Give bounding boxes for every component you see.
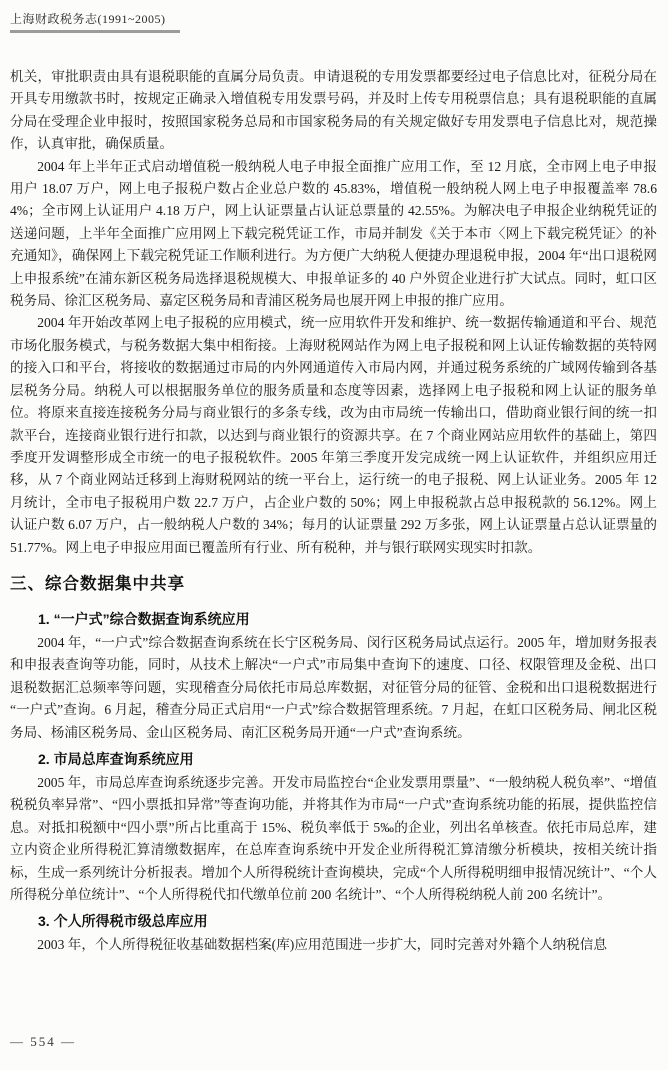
paragraph-continued: 机关，审批职责由具有退税职能的直属分局负责。申请退税的专用发票都要经过电子信息比… xyxy=(10,66,657,156)
paragraph: 2004 年，“一户式”综合数据查询系统在长宁区税务局、闵行区税务局试点运行。2… xyxy=(10,632,657,744)
sub-heading-2: 2. 市局总库查询系统应用 xyxy=(10,749,657,769)
paragraph: 2004 年开始改革网上电子报税的应用模式，统一应用软件开发和维护、统一数据传输… xyxy=(10,312,657,558)
paragraph: 2005 年，市局总库查询系统逐步完善。开发市局监控台“企业发票用票量”、“一般… xyxy=(10,772,657,906)
paragraph: 2003 年，个人所得税征收基础数据档案(库)应用范围进一步扩大，同时完善对外籍… xyxy=(10,934,657,956)
page-footer: — 554 — xyxy=(10,1034,76,1050)
running-header-title: 上海财政税务志(1991~2005) xyxy=(10,12,657,27)
paragraph: 2004 年上半年正式启动增值税一般纳税人电子申报全面推广应用工作，至 12 月… xyxy=(10,156,657,313)
header-rule xyxy=(10,30,180,33)
sub-heading-1: 1. “一户式”综合数据查询系统应用 xyxy=(10,609,657,629)
sub-heading-3: 3. 个人所得税市级总库应用 xyxy=(10,911,657,931)
page-number: — 554 — xyxy=(10,1034,76,1049)
book-page: 上海财政税务志(1991~2005) 机关，审批职责由具有退税职能的直属分局负责… xyxy=(0,0,668,1070)
running-header: 上海财政税务志(1991~2005) xyxy=(10,12,657,33)
page-body: 机关，审批职责由具有退税职能的直属分局负责。申请退税的专用发票都要经过电子信息比… xyxy=(10,66,657,957)
section-heading: 三、综合数据集中共享 xyxy=(10,570,657,594)
